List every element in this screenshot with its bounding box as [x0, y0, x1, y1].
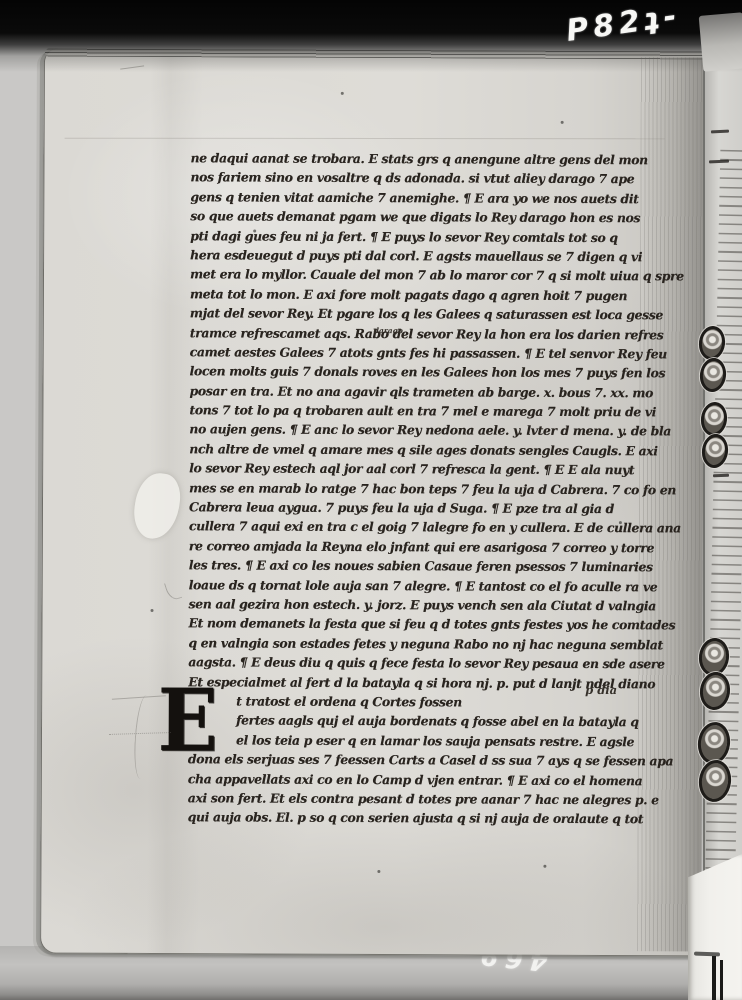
- manuscript-line: loaue ds q tornat lole auja san 7 alegre…: [189, 577, 683, 599]
- manuscript-line: mjat del sevor Rey. Et pgare los q les G…: [190, 305, 684, 327]
- ink-speck: [151, 609, 154, 612]
- manuscript-line: locen molts guis 7 donals roves en les G…: [190, 363, 684, 385]
- manuscript-line: camet aestes Galees 7 atots gnts fes hi …: [190, 344, 684, 366]
- manuscript-line: pti dagi gues feu ni ja fert. ¶ E puys l…: [190, 228, 684, 250]
- manuscript-line: re correo amjada la Reyna elo jnfant qui…: [189, 538, 683, 560]
- edge-text-accent: [711, 130, 729, 134]
- manuscript-line: aagsta. ¶ E deus diu q quis q fece festa…: [188, 654, 682, 676]
- manuscript-line: dona els serjuas ses 7 feessen Carts a C…: [188, 751, 682, 773]
- manuscript-line: ne daqui aanat se trobara. E stats grs q…: [190, 150, 684, 172]
- manuscript-line: cha appavellats axi co en lo Camp d vjen…: [188, 771, 682, 793]
- marginal-scribble: [120, 65, 145, 79]
- marginal-scribble: [164, 580, 182, 602]
- next-folio-sliver: [703, 54, 742, 950]
- edge-text-accent: [713, 474, 729, 478]
- manuscript-line: q en valngia son estades fetes y neguna …: [188, 635, 682, 657]
- page-stack-top-edge: [45, 49, 705, 60]
- interlinear-note-pdia: p dia: [585, 683, 617, 697]
- ink-speck: [377, 870, 380, 873]
- text-block: ne daqui aanat se trobara. E stats grs q…: [188, 150, 685, 831]
- marginal-scribble: [132, 694, 155, 779]
- edge-shadow-smudge: [694, 952, 720, 957]
- backdrop-top-right-patch: [699, 12, 742, 72]
- manuscript-page: ne daqui aanat se trobara. E stats grs q…: [40, 49, 705, 957]
- ink-speck: [341, 92, 344, 95]
- manuscript-line: mes se en marab lo ratge 7 hac bon teps …: [189, 480, 683, 502]
- manuscript-line: nch altre de vmel q amare mes q sile age…: [189, 441, 683, 463]
- manuscript-line: no aujen gens. ¶ E anc lo sevor Rey nedo…: [189, 422, 683, 444]
- manuscript-line: Cabrera leua aygua. 7 puys feu la uja d …: [189, 499, 683, 521]
- manuscript-line: posar en tra. Et no ana agavir qls trame…: [189, 383, 683, 405]
- interlinear-note-darago: darago: [374, 326, 403, 335]
- manuscript-line: el los teia p eser q en lamar los sauja …: [188, 732, 682, 754]
- manuscript-line: les tres. ¶ E axi co les noues sabien Ca…: [189, 557, 683, 579]
- manuscript-line: gens q tenien vitat aamiche 7 anemighe. …: [190, 189, 684, 211]
- manuscript-line: hera esdeuegut d puys pti dal corl. E ag…: [190, 247, 684, 269]
- binding-clamp-bar: [720, 960, 723, 1000]
- parchment-fold-line: [65, 138, 665, 140]
- manuscript-line: meta tot lo mon. E axi fore molt pagats …: [190, 286, 684, 308]
- manuscript-line: qui auja obs. El. p so q con serien ajus…: [188, 809, 682, 831]
- ink-speck: [543, 865, 546, 868]
- decorated-initial-E: E: [158, 685, 219, 757]
- manuscript-line: met era lo myllor. Cauale del mon 7 ab l…: [190, 267, 684, 289]
- manuscript-line: nos fariem sino en vosaltre q ds adonada…: [190, 170, 684, 192]
- manuscript-line: fertes aagls quj el auja bordenats q fos…: [188, 713, 682, 735]
- manuscript-line: cullera 7 aqui exi en tra c el goig 7 la…: [189, 519, 683, 541]
- manuscript-line: so que auets demanat pgam we que digats …: [190, 208, 684, 230]
- plate-number-top-inverted: P82ʇ-: [564, 0, 683, 49]
- manuscript-line: tons 7 tot lo pa q trobaren ault en tra …: [189, 402, 683, 424]
- ink-speck: [561, 121, 564, 124]
- parchment-flaw: [130, 470, 183, 542]
- manuscript-line: lo sevor Rey estech aql jor aal corl 7 r…: [189, 460, 683, 482]
- manuscript-line: axi son fert. Et els contra pesant d tot…: [188, 790, 682, 812]
- manuscript-line: sen aal gezira hon estech. y. jorz. E pu…: [189, 596, 683, 618]
- manuscript-line: Et nom demanets la festa que si feu q d …: [188, 616, 682, 638]
- manuscript-photograph: 469 ne daqui aanat se trobara. E stats g…: [0, 0, 742, 1000]
- edge-text-column: [704, 150, 742, 950]
- manuscript-line: tramce refrescamet aqs. Rabo del sevor R…: [190, 325, 684, 347]
- binding-clamp-bar: [712, 956, 716, 1000]
